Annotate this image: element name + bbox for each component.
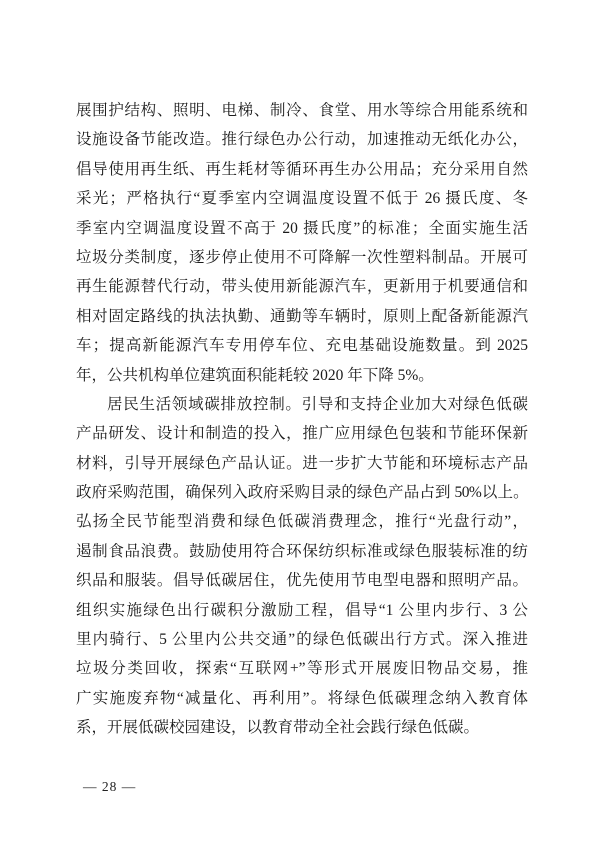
text-line: 居民生活领域碳排放控制。引导和支持企业加大对绿色低碳 — [76, 390, 528, 419]
text-line: 遏制食品浪费。鼓励使用符合环保纺织标准或绿色服装标准的纺 — [76, 537, 528, 566]
text-line: 组织实施绿色出行碳积分激励工程，倡导“1 公里内步行、3 公 — [76, 596, 528, 625]
text-line: 材料，引导开展绿色产品认证。进一步扩大节能和环境标志产品 — [76, 449, 528, 478]
text-line: 相对固定路线的执法执勤、通勤等车辆时，原则上配备新能源汽 — [76, 302, 528, 331]
text-line: 倡导使用再生纸、再生耗材等循环再生办公用品；充分采用自然 — [76, 155, 528, 184]
text-line: 广实施废弃物“减量化、再利用”。将绿色低碳理念纳入教育体 — [76, 684, 528, 713]
text-line: 政府采购范围，确保列入政府采购目录的绿色产品占到 50%以上。 — [76, 478, 528, 507]
text-line: 采光；严格执行“夏季室内空调温度设置不低于 26 摄氏度、冬 — [76, 184, 528, 213]
page-number: — 28 — — [83, 777, 136, 797]
text-line: 织品和服装。倡导低碳居住，优先使用节电型电器和照明产品。 — [76, 566, 528, 595]
text-line: 展围护结构、照明、电梯、制冷、食堂、用水等综合用能系统和 — [76, 96, 528, 125]
text-line: 年，公共机构单位建筑面积能耗较 2020 年下降 5%。 — [76, 361, 528, 390]
text-line: 垃圾分类制度，逐步停止使用不可降解一次性塑料制品。开展可 — [76, 243, 528, 272]
text-line: 垃圾分类回收，探索“互联网+”等形式开展废旧物品交易，推 — [76, 654, 528, 683]
body-text: 展围护结构、照明、电梯、制冷、食堂、用水等综合用能系统和 设施设备节能改造。推行… — [76, 96, 528, 743]
text-line: 设施设备节能改造。推行绿色办公行动，加速推动无纸化办公， — [76, 125, 528, 154]
text-line: 再生能源替代行动，带头使用新能源汽车，更新用于机要通信和 — [76, 272, 528, 301]
text-line: 弘扬全民节能型消费和绿色低碳消费理念，推行“光盘行动”， — [76, 507, 528, 536]
text-line: 季室内空调温度设置不高于 20 摄氏度”的标准；全面实施生活 — [76, 214, 528, 243]
text-line: 产品研发、设计和制造的投入，推广应用绿色包装和节能环保新 — [76, 419, 528, 448]
text-line: 系，开展低碳校园建设，以教育带动全社会践行绿色低碳。 — [76, 713, 528, 742]
text-line: 车；提高新能源汽车专用停车位、充电基础设施数量。到 2025 — [76, 331, 528, 360]
text-line: 里内骑行、5 公里内公共交通”的绿色低碳出行方式。深入推进 — [76, 625, 528, 654]
document-page: 展围护结构、照明、电梯、制冷、食堂、用水等综合用能系统和 设施设备节能改造。推行… — [0, 0, 600, 848]
